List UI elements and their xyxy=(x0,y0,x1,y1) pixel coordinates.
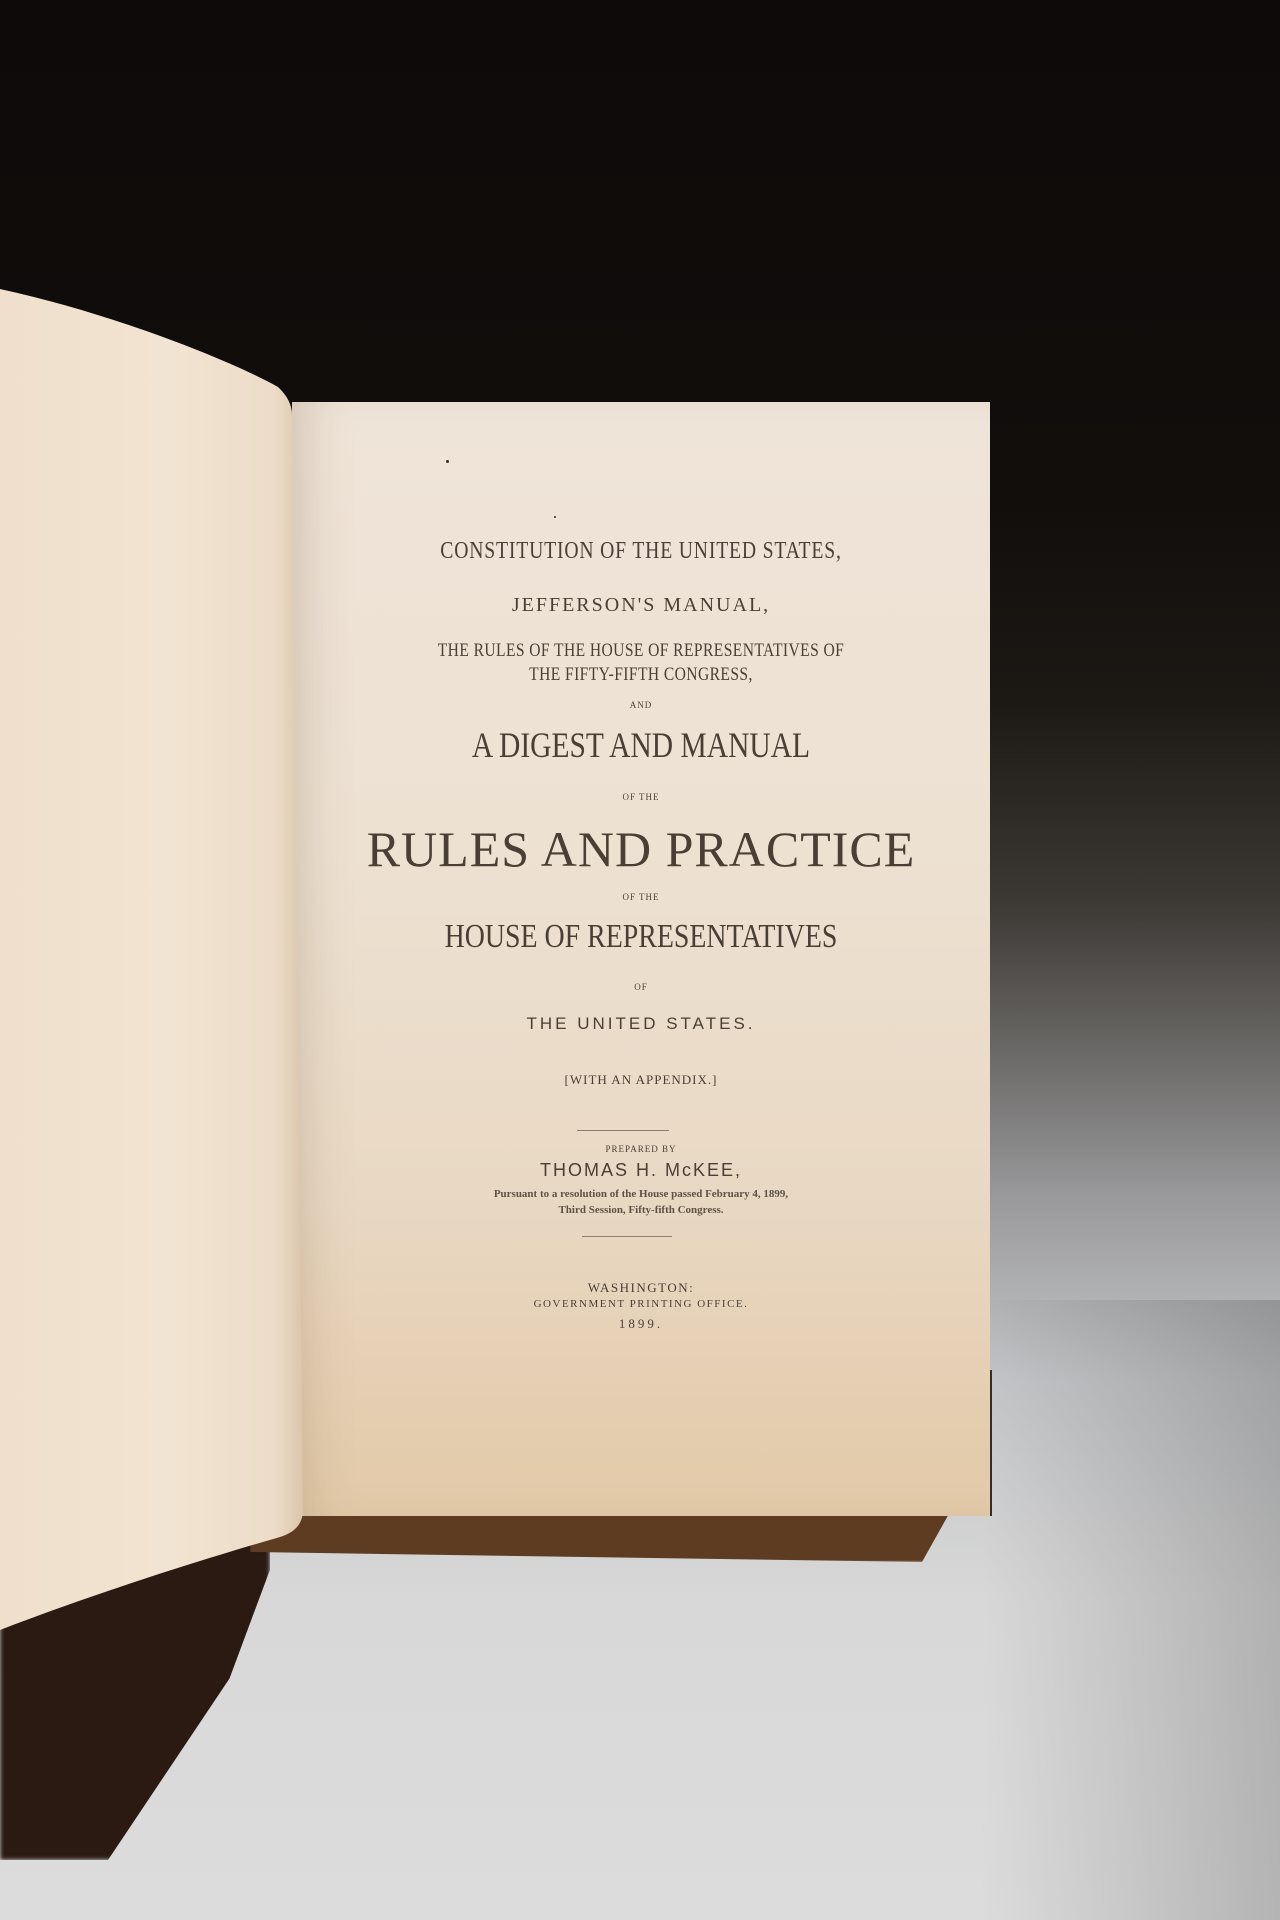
title-page-text: CONSTITUTION OF THE UNITED STATES, JEFFE… xyxy=(292,402,990,1516)
resolution-line-2: Third Session, Fifty-fifth Congress. xyxy=(292,1204,990,1216)
resolution-line-1: Pursuant to a resolution of the House pa… xyxy=(292,1188,990,1200)
author-name: THOMAS H. McKEE, xyxy=(292,1160,990,1181)
title-line-of-the-2: OF THE xyxy=(292,892,990,902)
title-line-and: AND xyxy=(292,700,990,710)
right-page-shadow xyxy=(250,1512,950,1562)
backdrop-vignette xyxy=(980,1300,1280,1920)
imprint-city: WASHINGTON: xyxy=(292,1280,990,1296)
title-line-constitution: CONSTITUTION OF THE UNITED STATES, xyxy=(355,538,927,565)
blank-left-page xyxy=(0,285,305,1635)
paper-speck xyxy=(554,516,556,518)
divider-bottom xyxy=(582,1236,672,1237)
prepared-by-label: PREPARED BY xyxy=(292,1144,990,1154)
title-rules-and-practice: RULES AND PRACTICE xyxy=(292,820,990,878)
imprint-year: 1899. xyxy=(292,1316,990,1332)
title-the-united-states: THE UNITED STATES. xyxy=(292,1014,990,1034)
photo-scene: CONSTITUTION OF THE UNITED STATES, JEFFE… xyxy=(0,0,1280,1920)
title-line-fifty-fifth: THE FIFTY-FIFTH CONGRESS, xyxy=(355,664,927,686)
imprint-publisher: GOVERNMENT PRINTING OFFICE. xyxy=(292,1298,990,1310)
title-line-of-the: OF THE xyxy=(292,792,990,802)
title-line-of: OF xyxy=(292,982,990,992)
paper-speck xyxy=(446,460,449,463)
title-house-of-representatives: HOUSE OF REPRESENTATIVES xyxy=(355,918,927,956)
title-line-rules-house: THE RULES OF THE HOUSE OF REPRESENTATIVE… xyxy=(355,640,927,662)
title-line-jefferson: JEFFERSON'S MANUAL, xyxy=(292,594,990,617)
title-digest-manual: A DIGEST AND MANUAL xyxy=(355,724,927,766)
title-with-appendix: [WITH AN APPENDIX.] xyxy=(292,1072,990,1088)
divider-top xyxy=(577,1130,669,1131)
